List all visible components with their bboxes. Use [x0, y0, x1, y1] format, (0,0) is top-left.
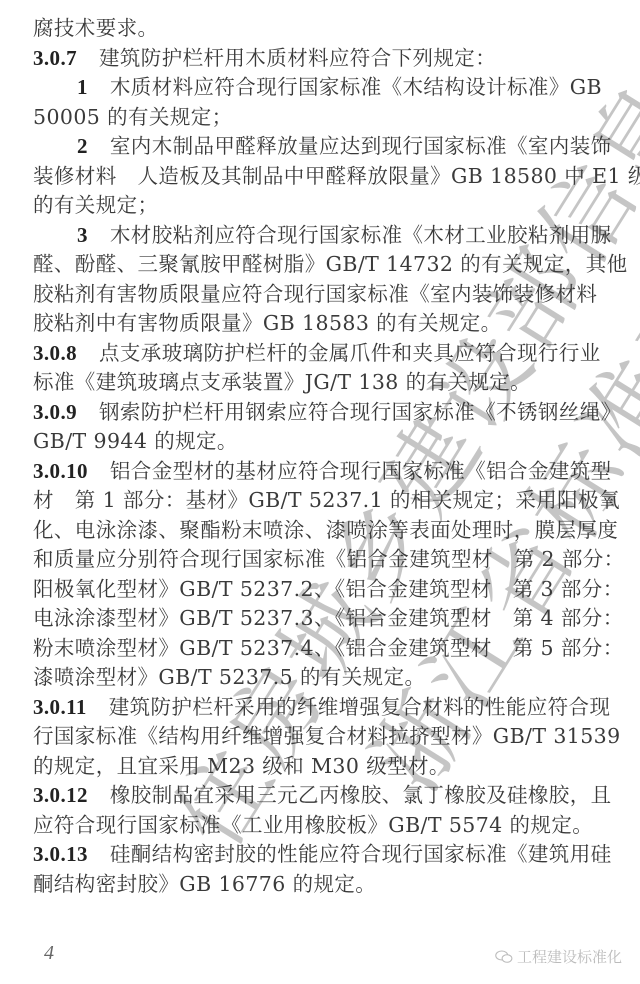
document-body: 腐技术要求。3.0.7建筑防护栏杆用木质材料应符合下列规定：1木质材料应符合现行… — [33, 14, 613, 899]
clause-number: 3.0.8 — [33, 341, 77, 365]
line-text: 腐技术要求。 — [33, 16, 158, 40]
text-line: 的有关规定； — [33, 191, 613, 221]
text-line: 50005 的有关规定； — [33, 103, 613, 133]
line-text: 行国家标准《结构用纤维增强复合材料拉挤型材》GB/T 31539 — [33, 724, 621, 748]
text-line: 胶粘剂中有害物质限量》GB 18583 的有关规定。 — [33, 309, 613, 339]
line-text: 建筑防护栏杆采用的纤维增强复合材料的性能应符合现 — [109, 695, 611, 719]
line-text: 和质量应分别符合现行国家标准《铝合金建筑型材 第 2 部分： — [33, 547, 625, 571]
item-number: 1 — [77, 75, 88, 99]
line-text: 阳极氧化型材》GB/T 5237.2、《铝合金建筑型材 第 3 部分： — [33, 577, 624, 601]
item-number: 2 — [77, 134, 88, 158]
line-text: 应符合现行国家标准《工业用橡胶板》GB/T 5574 的规定。 — [33, 813, 593, 837]
text-line: 和质量应分别符合现行国家标准《铝合金建筑型材 第 2 部分： — [33, 545, 613, 575]
line-text: 50005 的有关规定； — [33, 105, 233, 129]
line-text: 点支承玻璃防护栏杆的金属爪件和夹具应符合现行行业 — [99, 341, 601, 365]
text-line: 胶粘剂有害物质限量应符合现行国家标准《室内装饰装修材料 — [33, 280, 613, 310]
footer-brand: 工程建设标准化 — [495, 946, 622, 967]
item-number: 3 — [77, 223, 88, 247]
clause-line: 3.0.8点支承玻璃防护栏杆的金属爪件和夹具应符合现行行业 — [33, 339, 613, 369]
item-line: 2室内木制品甲醛释放量应达到现行国家标准《室内装饰 — [33, 132, 613, 162]
line-text: 木质材料应符合现行国家标准《木结构设计标准》GB — [110, 75, 602, 99]
text-line: 醛、酚醛、三聚氰胺甲醛树脂》GB/T 14732 的有关规定，其他 — [33, 250, 613, 280]
line-text: 橡胶制品宜采用三元乙丙橡胶、氯丁橡胶及硅橡胶，且 — [110, 783, 612, 807]
clause-line: 3.0.11建筑防护栏杆采用的纤维增强复合材料的性能应符合现 — [33, 693, 613, 723]
clause-line: 3.0.13硅酮结构密封胶的性能应符合现行国家标准《建筑用硅 — [33, 840, 613, 870]
text-line: 行国家标准《结构用纤维增强复合材料拉挤型材》GB/T 31539 — [33, 722, 613, 752]
footer-brand-text: 工程建设标准化 — [517, 946, 622, 967]
clause-number: 3.0.12 — [33, 783, 88, 807]
line-text: 的有关规定； — [33, 193, 158, 217]
text-line: 标准《建筑玻璃点支承装置》JG/T 138 的有关规定。 — [33, 368, 613, 398]
line-text: 胶粘剂有害物质限量应符合现行国家标准《室内装饰装修材料 — [33, 282, 597, 306]
line-text: 漆喷涂型材》GB/T 5237.5 的有关规定。 — [33, 665, 425, 689]
line-text: 材 第 1 部分：基材》GB/T 5237.1 的相关规定；采用阳极氧 — [33, 488, 620, 512]
line-text: 的规定，且宜采用 M23 级和 M30 级型材。 — [33, 754, 450, 778]
line-text: 装修材料 人造板及其制品中甲醛释放限量》GB 18580 中 E1 级 — [33, 164, 640, 188]
line-text: 木材胶粘剂应符合现行国家标准《木材工业胶粘剂用脲 — [110, 223, 612, 247]
page-number: 4 — [44, 942, 54, 965]
line-text: 硅酮结构密封胶的性能应符合现行国家标准《建筑用硅 — [110, 842, 612, 866]
clause-number: 3.0.10 — [33, 459, 88, 483]
line-text: 胶粘剂中有害物质限量》GB 18583 的有关规定。 — [33, 311, 502, 335]
line-text: 室内木制品甲醛释放量应达到现行国家标准《室内装饰 — [110, 134, 612, 158]
text-line: 粉末喷涂型材》GB/T 5237.4、《铝合金建筑型材 第 5 部分： — [33, 634, 613, 664]
clause-number: 3.0.7 — [33, 46, 77, 70]
text-line: 化、电泳涂漆、聚酯粉末喷涂、漆喷涂等表面处理时，膜层厚度 — [33, 516, 613, 546]
text-line: 酮结构密封胶》GB 16776 的规定。 — [33, 870, 613, 900]
text-line: 材 第 1 部分：基材》GB/T 5237.1 的相关规定；采用阳极氧 — [33, 486, 613, 516]
line-text: 铝合金型材的基材应符合现行国家标准《铝合金建筑型 — [110, 459, 612, 483]
line-text: 建筑防护栏杆用木质材料应符合下列规定： — [99, 46, 496, 70]
item-line: 1木质材料应符合现行国家标准《木结构设计标准》GB — [33, 73, 613, 103]
clause-line: 3.0.7建筑防护栏杆用木质材料应符合下列规定： — [33, 44, 613, 74]
clause-line: 3.0.9钢索防护栏杆用钢索应符合现行国家标准《不锈钢丝绳》 — [33, 398, 613, 428]
text-line: 应符合现行国家标准《工业用橡胶板》GB/T 5574 的规定。 — [33, 811, 613, 841]
clause-number: 3.0.9 — [33, 400, 77, 424]
line-text: 粉末喷涂型材》GB/T 5237.4、《铝合金建筑型材 第 5 部分： — [33, 636, 624, 660]
line-text: 钢索防护栏杆用钢索应符合现行国家标准《不锈钢丝绳》 — [99, 400, 622, 424]
text-line: 的规定，且宜采用 M23 级和 M30 级型材。 — [33, 752, 613, 782]
text-line: 电泳涂漆型材》GB/T 5237.3、《铝合金建筑型材 第 4 部分： — [33, 604, 613, 634]
text-line: 漆喷涂型材》GB/T 5237.5 的有关规定。 — [33, 663, 613, 693]
text-line: 阳极氧化型材》GB/T 5237.2、《铝合金建筑型材 第 3 部分： — [33, 575, 613, 605]
clause-number: 3.0.11 — [33, 695, 87, 719]
text-line: 装修材料 人造板及其制品中甲醛释放限量》GB 18580 中 E1 级 — [33, 162, 613, 192]
wechat-icon — [495, 950, 513, 964]
line-text: 化、电泳涂漆、聚酯粉末喷涂、漆喷涂等表面处理时，膜层厚度 — [33, 518, 618, 542]
clause-line: 3.0.10铝合金型材的基材应符合现行国家标准《铝合金建筑型 — [33, 457, 613, 487]
text-line: 腐技术要求。 — [33, 14, 613, 44]
clause-number: 3.0.13 — [33, 842, 88, 866]
item-line: 3木材胶粘剂应符合现行国家标准《木材工业胶粘剂用脲 — [33, 221, 613, 251]
text-line: GB/T 9944 的规定。 — [33, 427, 613, 457]
line-text: 酮结构密封胶》GB 16776 的规定。 — [33, 872, 376, 896]
line-text: 标准《建筑玻璃点支承装置》JG/T 138 的有关规定。 — [33, 370, 531, 394]
line-text: 醛、酚醛、三聚氰胺甲醛树脂》GB/T 14732 的有关规定，其他 — [33, 252, 627, 276]
line-text: 电泳涂漆型材》GB/T 5237.3、《铝合金建筑型材 第 4 部分： — [33, 606, 624, 630]
clause-line: 3.0.12橡胶制品宜采用三元乙丙橡胶、氯丁橡胶及硅橡胶，且 — [33, 781, 613, 811]
line-text: GB/T 9944 的规定。 — [33, 429, 238, 453]
